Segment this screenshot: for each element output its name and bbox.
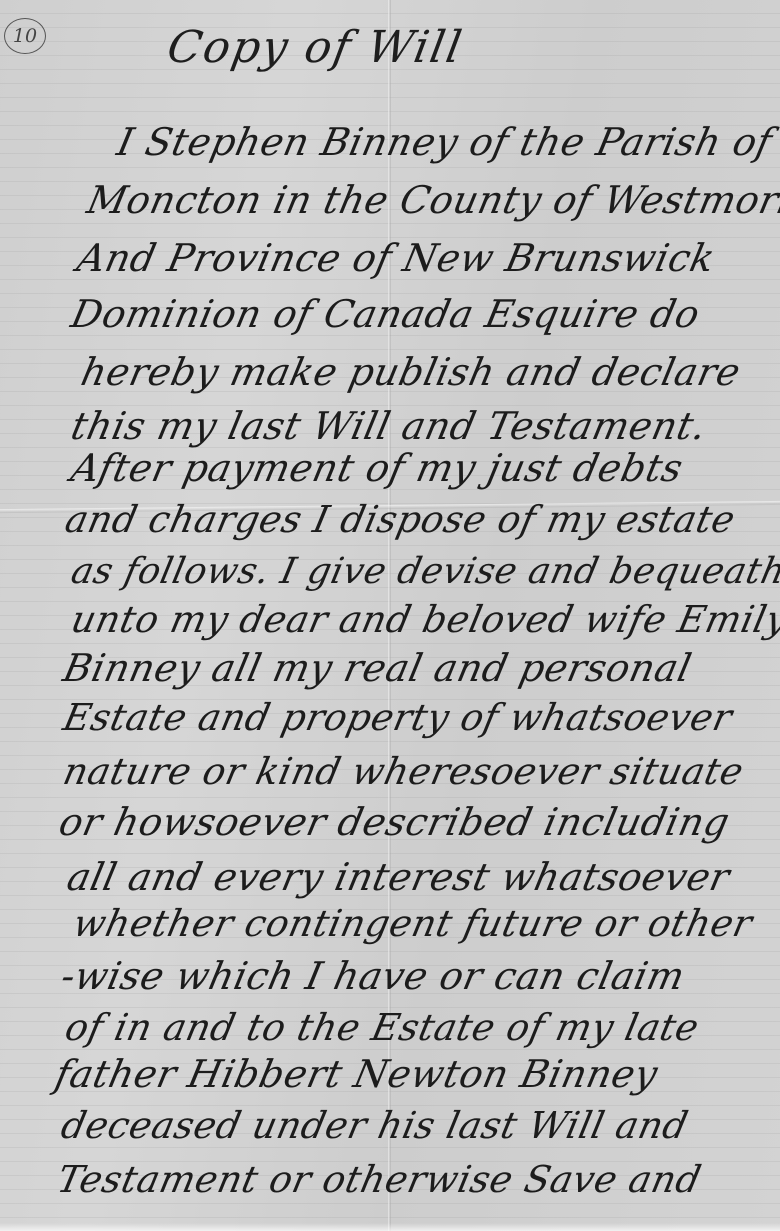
text-line-13: nature or kind wheresoever situate	[59, 750, 747, 793]
text-line-17: -wise which I have or can claim	[57, 954, 689, 998]
text-line-16: whether contingent future or other	[69, 902, 756, 945]
text-line-20: deceased under his last Will and	[57, 1104, 692, 1147]
text-line-5: hereby make publish and declare	[77, 350, 744, 394]
document-title: Copy of Will	[164, 22, 468, 73]
text-line-10: unto my dear and beloved wife Emily	[67, 598, 780, 641]
text-line-12: Estate and property of whatsoever	[59, 696, 736, 739]
text-line-3: And Province of New Brunswick	[73, 236, 719, 280]
text-line-15: all and every interest whatsoever	[63, 855, 733, 899]
text-line-11: Binney all my real and personal	[59, 646, 695, 690]
text-line-6: this my last Will and Testament.	[67, 404, 710, 448]
text-line-2: Moncton in the County of Westmorland	[83, 178, 780, 222]
text-line-7: After payment of my just debts	[67, 446, 687, 490]
text-line-8: and charges I dispose of my estate	[61, 498, 739, 541]
text-line-14: or howsoever described including	[55, 800, 733, 844]
text-line-19: father Hibbert Newton Binney	[51, 1052, 661, 1096]
document-page: 10 Copy of Will I Stephen Binney of the …	[0, 0, 780, 1231]
text-line-9: as follows. I give devise and bequeath	[68, 551, 780, 592]
text-line-1: I Stephen Binney of the Parish of	[113, 120, 776, 164]
text-line-4: Dominion of Canada Esquire do	[67, 292, 704, 336]
text-line-18: of in and to the Estate of my late	[61, 1006, 702, 1049]
paper-bottom-edge	[0, 1223, 780, 1231]
text-line-21: Testament or otherwise Save and	[53, 1158, 705, 1201]
page-number-circled: 10	[4, 18, 46, 54]
